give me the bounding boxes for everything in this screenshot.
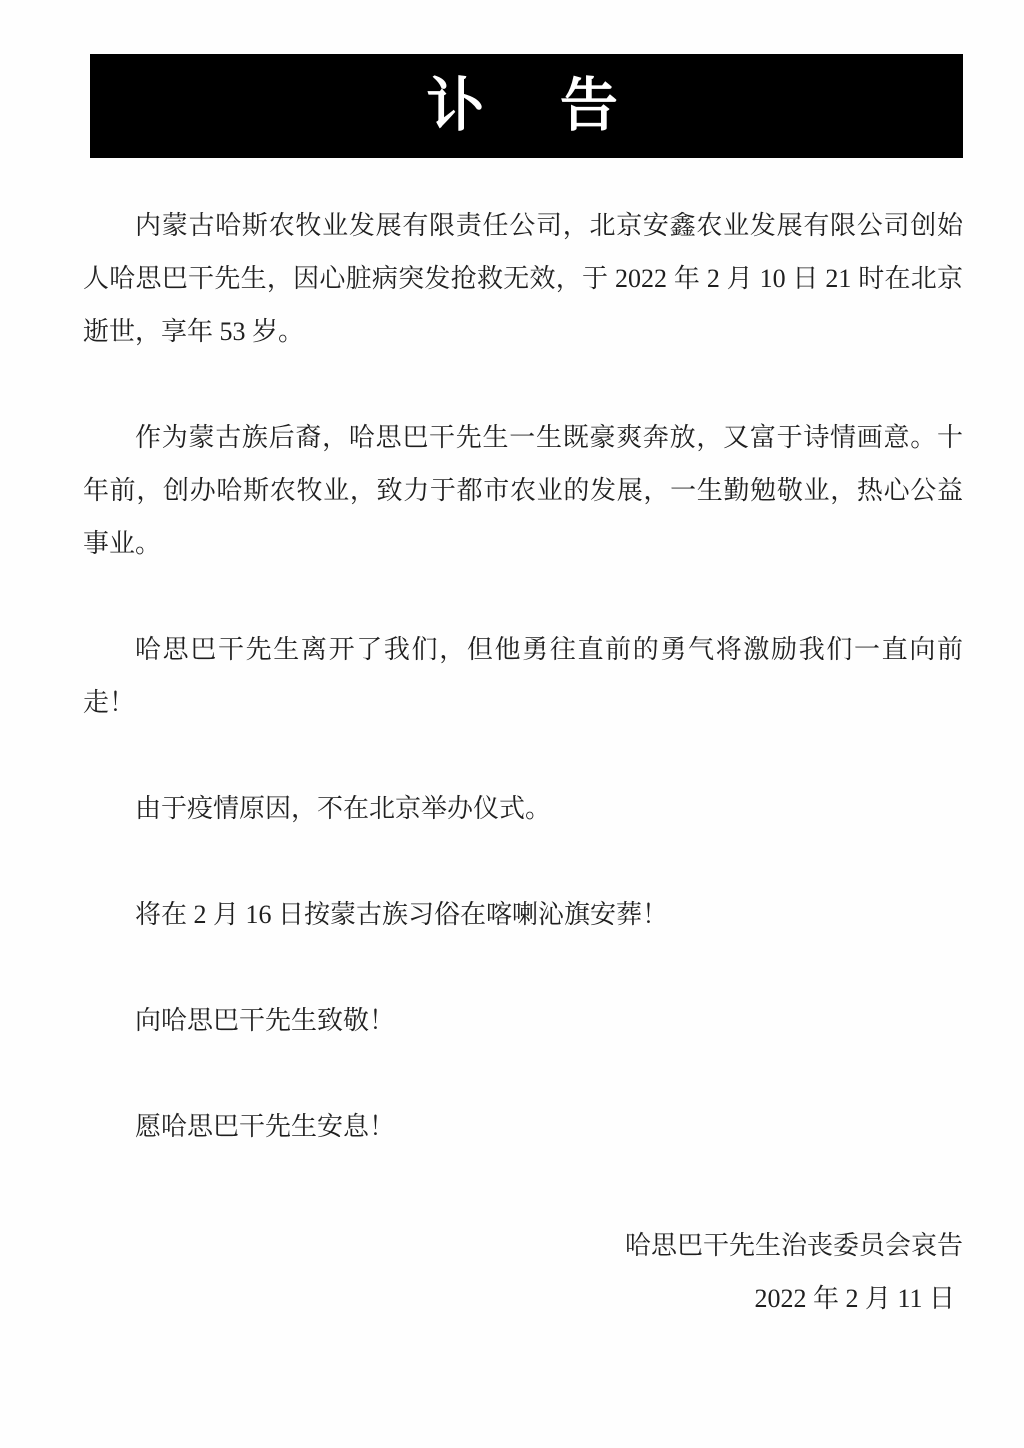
paragraph-deceased-intro: 内蒙古哈斯农牧业发展有限责任公司，北京安鑫农业发展有限公司创始人哈思巴干先生，因…: [83, 199, 963, 358]
notice-title: 讣 告: [426, 77, 626, 135]
paragraph-life-summary: 作为蒙古族后裔，哈思巴干先生一生既豪爽奔放，又富于诗情画意。十年前，创办哈斯农牧…: [83, 411, 963, 570]
signature-block: 哈思巴干先生治丧委员会哀告 2022 年 2 月 11 日: [83, 1219, 963, 1325]
paragraph-burial-arrangement: 将在 2 月 16 日按蒙古族习俗在喀喇沁旗安葬！: [83, 888, 963, 941]
notice-banner: 讣 告: [90, 54, 963, 158]
paragraph-no-ceremony: 由于疫情原因，不在北京举办仪式。: [83, 782, 963, 835]
paragraph-encouragement: 哈思巴干先生离开了我们，但他勇往直前的勇气将激励我们一直向前走！: [83, 623, 963, 729]
notice-body: 内蒙古哈斯农牧业发展有限责任公司，北京安鑫农业发展有限公司创始人哈思巴干先生，因…: [83, 199, 963, 1325]
obituary-document-page: 讣 告 内蒙古哈斯农牧业发展有限责任公司，北京安鑫农业发展有限公司创始人哈思巴干…: [0, 0, 1024, 1448]
signature-date: 2022 年 2 月 11 日: [83, 1272, 955, 1325]
signature-committee: 哈思巴干先生治丧委员会哀告: [83, 1219, 963, 1272]
paragraph-tribute: 向哈思巴干先生致敬！: [83, 994, 963, 1047]
paragraph-rest-in-peace: 愿哈思巴干先生安息！: [83, 1100, 963, 1153]
